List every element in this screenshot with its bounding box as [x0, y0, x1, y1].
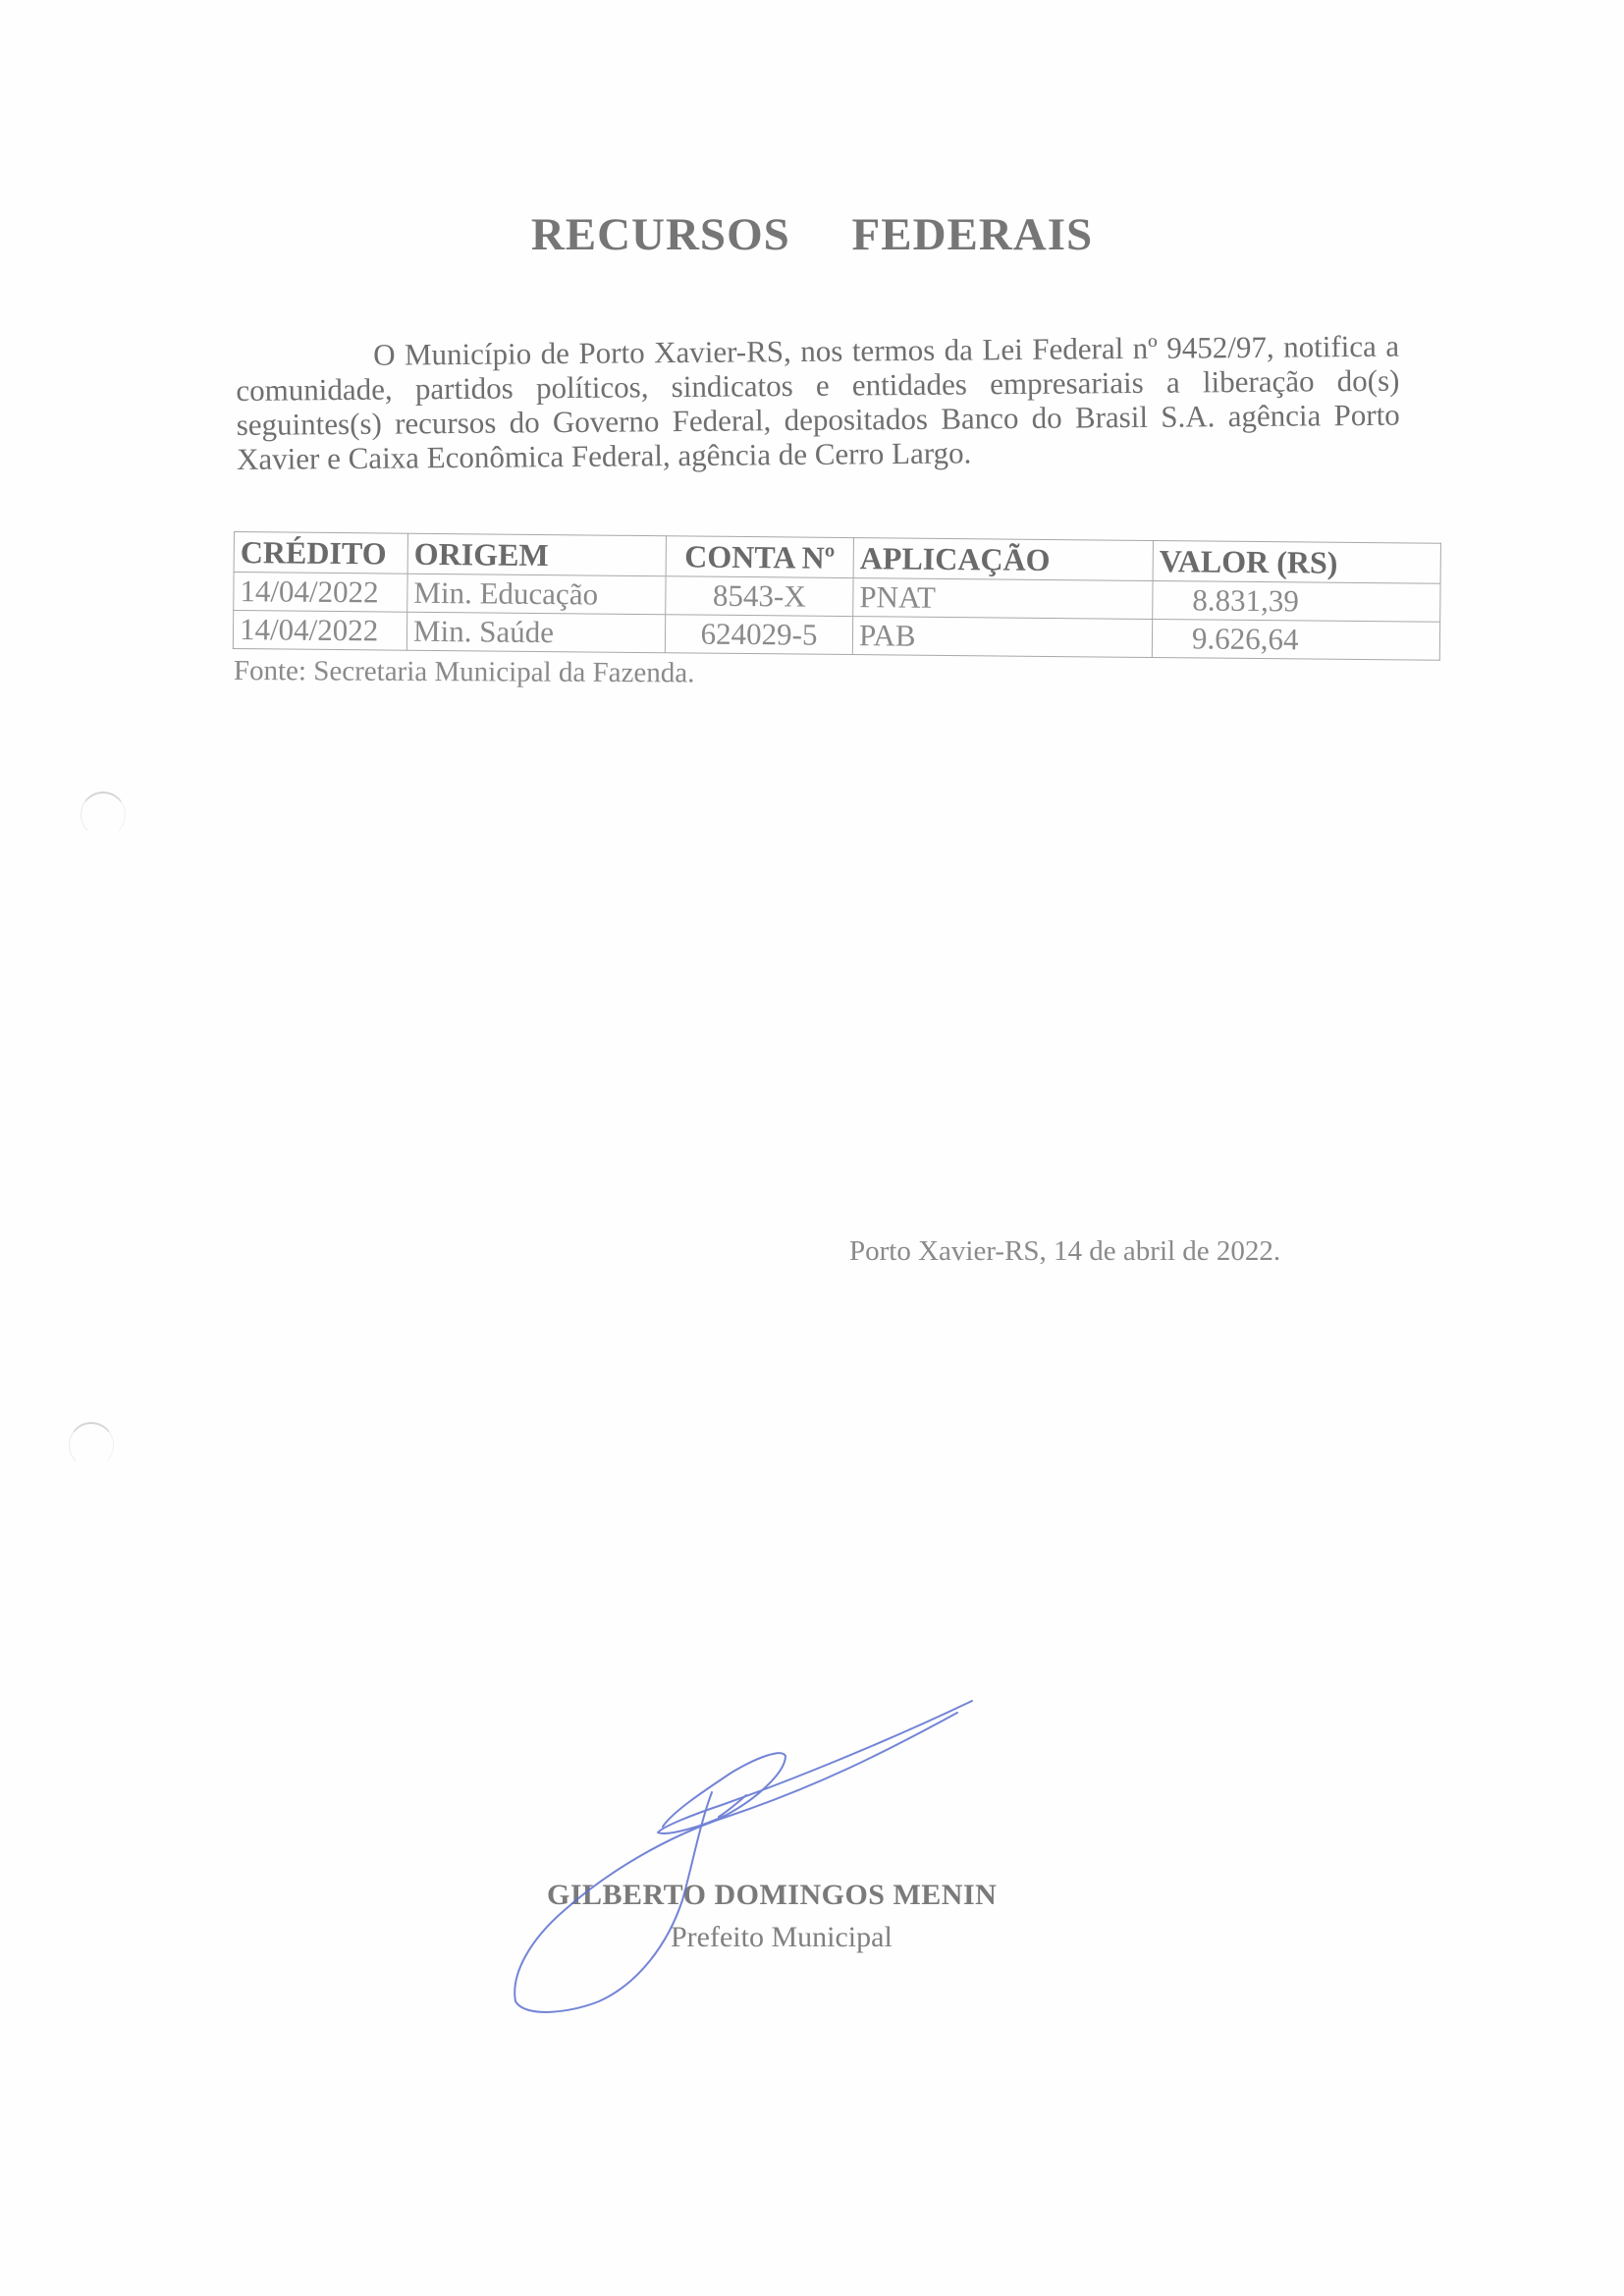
cell-aplicacao: PNAT — [853, 578, 1153, 620]
document-title: RECURSOS FEDERAIS — [0, 208, 1624, 261]
cell-origem: Min. Educação — [407, 574, 666, 615]
source-note: Fonte: Secretaria Municipal da Fazenda. — [234, 655, 695, 689]
place-date: Porto Xavier-RS, 14 de abril de 2022. — [849, 1235, 1280, 1268]
document-page: RECURSOS FEDERAIS O Município de Porto X… — [0, 0, 1624, 2296]
header-aplicacao: APLICAÇÃO — [853, 538, 1153, 581]
cell-credito: 14/04/2022 — [233, 611, 406, 651]
hole-punch-mark — [69, 1422, 114, 1468]
paragraph-indent — [236, 365, 373, 366]
header-origem: ORIGEM — [407, 533, 666, 576]
cell-origem: Min. Saúde — [406, 612, 665, 653]
signatory-name: GILBERTO DOMINGOS MENIN — [547, 1879, 997, 1912]
hole-punch-mark — [81, 792, 126, 838]
signatory-role: Prefeito Municipal — [671, 1921, 893, 1954]
notice-paragraph: O Município de Porto Xavier-RS, nos term… — [236, 329, 1400, 476]
paragraph-text: O Município de Porto Xavier-RS, nos term… — [236, 329, 1400, 476]
header-credito: CRÉDITO — [234, 532, 407, 574]
cell-credito: 14/04/2022 — [234, 573, 407, 613]
cell-aplicacao: PAB — [852, 617, 1152, 658]
cell-valor: 9.626,64 — [1152, 619, 1439, 660]
cell-conta: 624029-5 — [665, 615, 852, 655]
cell-conta: 8543-X — [666, 576, 853, 617]
credits-table: CRÉDITO ORIGEM CONTA Nº APLICAÇÃO VALOR … — [233, 531, 1441, 661]
header-valor: VALOR (RS) — [1153, 540, 1440, 583]
handwritten-signature — [491, 1689, 1041, 2043]
header-conta: CONTA Nº — [666, 536, 853, 578]
credits-table-wrapper: CRÉDITO ORIGEM CONTA Nº APLICAÇÃO VALOR … — [233, 531, 1441, 661]
cell-valor: 8.831,39 — [1153, 580, 1440, 622]
